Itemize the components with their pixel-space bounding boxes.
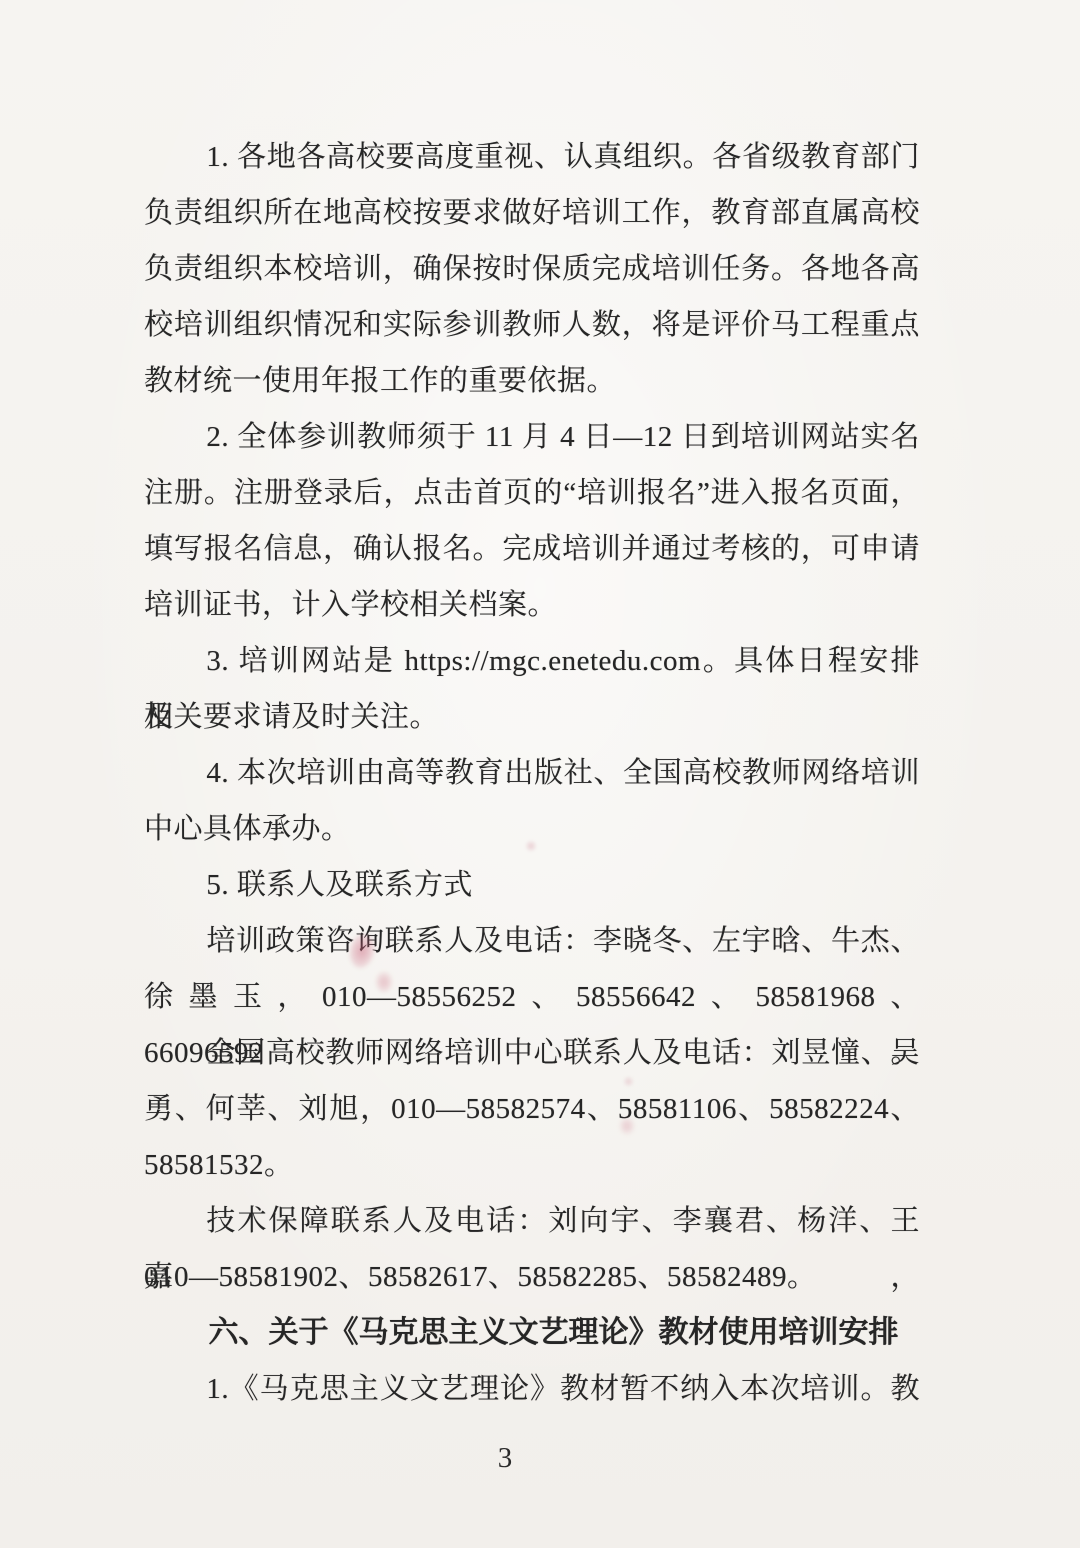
page-number: 3 — [0, 1430, 1010, 1486]
section-heading-text: 六、关于《马克思主义文艺理论》教材使用培训安排 — [144, 1305, 920, 1361]
text-line: 3. 培训网站是 https://mgc.enetedu.com。具体日程安排及 — [144, 633, 920, 689]
text-line: 4. 本次培训由高等教育出版社、全国高校教师网络培训 — [144, 745, 920, 801]
text-line: 相关要求请及时关注。 — [144, 689, 920, 745]
text-line: 负责组织本校培训，确保按时保质完成培训任务。各地各高 — [144, 241, 920, 297]
paragraph-2: 2. 全体参训教师须于 11 月 4 日—12 日到培训网站实名 注册。注册登录… — [144, 409, 920, 633]
text-line: 注册。注册登录后，点击首页的“培训报名”进入报名页面， — [144, 465, 920, 521]
text-line: 1.《马克思主义文艺理论》教材暂不纳入本次培训。教 — [144, 1361, 920, 1417]
paragraph-3-training-website: 3. 培训网站是 https://mgc.enetedu.com。具体日程安排及… — [144, 633, 920, 745]
text-line: 教材统一使用年报工作的重要依据。 — [144, 353, 920, 409]
text-line: 培训政策咨询联系人及电话：李晓冬、左宇晗、牛杰、 — [144, 913, 920, 969]
text-line: 1. 各地各高校要高度重视、认真组织。各省级教育部门 — [144, 129, 920, 185]
text-line: 负责组织所在地高校按要求做好培训工作，教育部直属高校 — [144, 185, 920, 241]
scanned-document-page: { "content": { "paragraphs": [ { "lines"… — [0, 0, 1080, 1548]
paragraph-policy-contacts: 培训政策咨询联系人及电话：李晓冬、左宇晗、牛杰、 徐墨玉，010—5855625… — [144, 913, 920, 1025]
text-line: 技术保障联系人及电话：刘向宇、李襄君、杨洋、王嘉， — [144, 1193, 920, 1249]
text-line: 勇、何莘、刘旭，010—58582574、58581106、58582224、 — [144, 1081, 920, 1137]
text-line: 2. 全体参训教师须于 11 月 4 日—12 日到培训网站实名 — [144, 409, 920, 465]
paragraph-5-contacts-heading: 5. 联系人及联系方式 — [144, 857, 920, 913]
text-line: 全国高校教师网络培训中心联系人及电话：刘昱憧、吴 — [144, 1025, 920, 1081]
paragraph-4-organizers: 4. 本次培训由高等教育出版社、全国高校教师网络培训 中心具体承办。 — [144, 745, 920, 857]
paragraph-section-six-item-1: 1.《马克思主义文艺理论》教材暂不纳入本次培训。教 — [144, 1361, 920, 1417]
paragraph-tech-support-contacts: 技术保障联系人及电话：刘向宇、李襄君、杨洋、王嘉， 010—58581902、5… — [144, 1193, 920, 1305]
text-line: 010—58581902、58582617、58582285、58582489。 — [144, 1249, 920, 1305]
text-line: 中心具体承办。 — [144, 801, 920, 857]
section-six-heading: 六、关于《马克思主义文艺理论》教材使用培训安排 — [144, 1305, 920, 1361]
document-body: 1. 各地各高校要高度重视、认真组织。各省级教育部门 负责组织所在地高校按要求做… — [144, 129, 920, 1417]
text-line: 58581532。 — [144, 1137, 920, 1193]
text-line: 5. 联系人及联系方式 — [144, 857, 920, 913]
text-line: 校培训组织情况和实际参训教师人数，将是评价马工程重点 — [144, 297, 920, 353]
paragraph-1: 1. 各地各高校要高度重视、认真组织。各省级教育部门 负责组织所在地高校按要求做… — [144, 129, 920, 409]
paragraph-center-contacts: 全国高校教师网络培训中心联系人及电话：刘昱憧、吴 勇、何莘、刘旭，010—585… — [144, 1025, 920, 1193]
text-line: 培训证书，计入学校相关档案。 — [144, 577, 920, 633]
text-line: 填写报名信息，确认报名。完成培训并通过考核的，可申请 — [144, 521, 920, 577]
text-line: 徐墨玉，010—58556252、58556642、58581968、66096… — [144, 969, 920, 1025]
